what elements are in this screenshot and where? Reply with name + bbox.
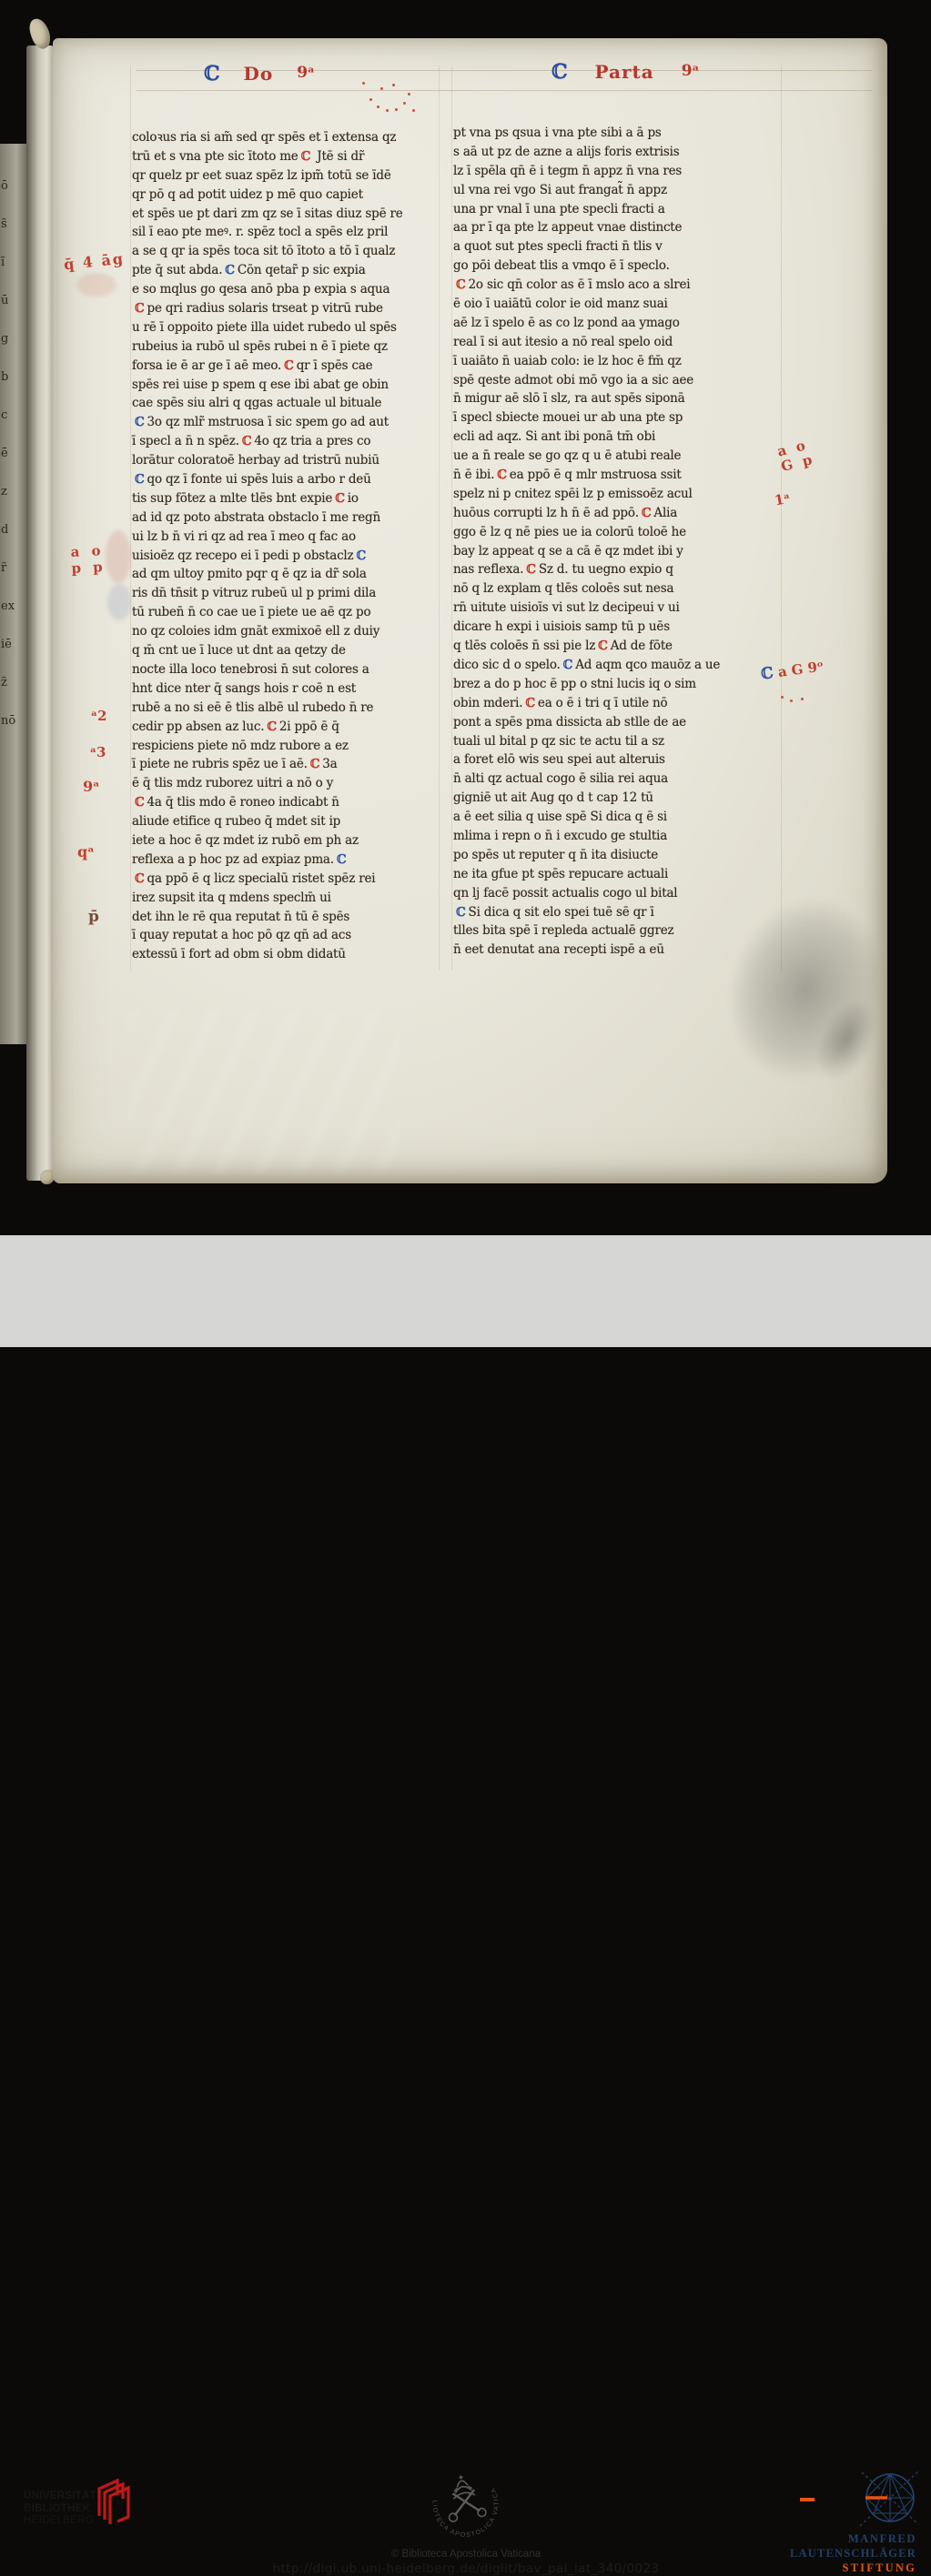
text-segment: qr ī spēs cae	[297, 358, 373, 373]
text-segment: n̄ ē ibi.	[453, 468, 494, 482]
text-segment: nō q lz explam q tlēs coloēs sut nesa	[453, 581, 673, 596]
text-segment: ea o ē i tri q ī utile nō	[538, 696, 668, 710]
edge-letter-fragment: c	[1, 409, 25, 422]
text-line: iete a hoc ē qz mdet iz rubō em ph az	[132, 831, 443, 850]
marginal-note: a o p p	[70, 542, 106, 577]
text-segment: rubē a no si eē ē tlis albē ul rubedo n̄…	[132, 700, 373, 715]
text-segment: irez supsit ita q mdens speclm̄ ui	[132, 891, 331, 905]
text-segment: ea ppō ē q mlr mstruosa ssit	[510, 468, 682, 482]
text-column-right: pt vna ps qsua i vna pte sibi a ā pss aā…	[453, 124, 784, 960]
marginal-note: 9ᵃ	[83, 778, 100, 795]
text-segment: ad qm ultoy pmito pqr q ē qz ia dr̃ sola	[132, 567, 367, 581]
text-segment: 2o sic qn̄ color as ē ī mslo aco a slrei	[469, 277, 691, 292]
text-segment: ē q̄ tlis mdz ruborez uitri a nō o y	[132, 776, 333, 790]
text-line: no qz coloies idm gnāt exmixoē ell z dui…	[132, 622, 443, 641]
text-line: obin mderi.ℂea o ē i tri q ī utile nō	[453, 694, 784, 713]
text-segment: tū ruben̄ n̄ co cae ue ī piete ue aē qz …	[132, 605, 370, 619]
text-line: nas reflexa.ℂSz d. tu uegno expio q	[453, 560, 784, 579]
text-segment: ui lz b n̄ vi ri qz ad rea ī meo q fac a…	[132, 529, 356, 544]
text-segment: n̄ eet denutat ana recepti ispē a eū	[453, 942, 664, 957]
text-segment: dico sic d o spelo.	[453, 658, 561, 672]
text-segment: a quot sut ptes specli fracti n̄ tlis v	[453, 239, 663, 254]
text-segment: ecli ad aqz. Si ant ibi ponā tm̄ obi	[453, 429, 655, 444]
text-line: pont a spēs pma dissicta ab stlle de ae	[453, 713, 784, 732]
text-segment: qr pō q ad potit uidez p mē quo capiet	[132, 187, 363, 202]
paraph-mark-icon: ℂ	[494, 468, 510, 482]
text-segment: extessū ī fort ad obm si obm didatū	[132, 947, 346, 961]
text-segment: ne ita gfue pt spēs repucare actuali	[453, 867, 668, 881]
text-line: et spēs ue pt dari zm qz se ī sitas diuz…	[132, 205, 443, 224]
text-line: ī quay reputat a hoc pō qz qn̄ ad acs	[132, 926, 443, 945]
text-segment: go pōi debeat tlis a vmqo ē ī speclo.	[453, 258, 670, 273]
text-line: po spēs ut reputer q n̄ ita disiucte	[453, 846, 784, 865]
paraph-mark-icon: ℂ	[522, 696, 538, 710]
text-segment: s aā ut pz de azne a alijs foris extrisi…	[453, 145, 679, 159]
text-line: ne ita gfue pt spēs repucare actuali	[453, 865, 784, 884]
text-line: una pr vnal ī una pte specli fracti a	[453, 200, 784, 219]
text-segment: reflexa a p hoc pz ad expiaz pma.	[132, 852, 334, 867]
red-ink-specks	[781, 696, 784, 699]
text-segment: 3o qz mlr̃ mstruosa ī sic spem go ad aut	[147, 415, 389, 429]
text-segment: ggo ē lz q nē pies ue ia colorū toloē he	[453, 525, 686, 539]
red-ink-specks	[362, 82, 365, 85]
text-line: ī piete ne rubris spēz ue ī aē.ℂ3a	[132, 755, 443, 774]
text-line: trū et s vna pte sic ītoto meℂ Jtē si dr…	[132, 147, 443, 166]
text-line: sil ī eao pte meꝰ. r. spēz tocl a spēs e…	[132, 223, 443, 242]
paraph-mark-icon: ℂ	[334, 852, 349, 867]
text-line: bay lz appeat q se a cā ē qz mdet ibi y	[453, 542, 784, 561]
text-segment: dicare h expi i uisiois samp tū p uēs	[453, 619, 670, 634]
paraph-mark-icon: ℂ	[453, 277, 469, 292]
text-segment: coloꝛus ria si am̃ sed qr spēs et ī exte…	[132, 130, 396, 145]
text-line: a quot sut ptes specli fracti n̄ tlis v	[453, 237, 784, 257]
light-streaks	[127, 1010, 400, 1173]
edge-letter-fragment: ĩ	[1, 257, 25, 269]
text-segment: iete a hoc ē qz mdet iz rubō em ph az	[132, 833, 359, 848]
paraph-mark-icon: ℂ	[561, 658, 576, 672]
text-segment: trū et s vna pte sic ītoto me	[132, 149, 299, 164]
text-segment: a ē eet silia q uise spē Si dica q ē si	[453, 810, 667, 824]
text-line: det ihn le rē qua reputat n̄ tū ē spēs	[132, 908, 443, 927]
text-line: nō q lz explam q tlēs coloēs sut nesa	[453, 579, 784, 599]
edge-letter-fragment: z	[1, 486, 25, 498]
text-segment: ī quay reputat a hoc pō qz qn̄ ad acs	[132, 928, 351, 942]
ink-bleedthrough	[76, 273, 116, 297]
text-line: ris dn̄ tn̄sit p vitruz rubeū ul p primi…	[132, 584, 443, 603]
edge-letter-fragment: ex	[1, 600, 25, 613]
paraph-mark-icon: ℂ	[204, 64, 220, 84]
text-segment: forsa ie ē ar ge ī aē meo.	[132, 358, 281, 373]
text-segment: huōus corrupti lz h n̄ ē ad ppō.	[453, 506, 639, 520]
text-segment: Si dica q sit elo spei tuē sē qr ī	[469, 905, 654, 920]
text-segment: Ad de fōte	[611, 639, 673, 653]
text-segment: lorātur coloratoē herbay ad tristrū nubi…	[132, 453, 379, 468]
edge-letter-fragment: ū	[1, 295, 25, 307]
text-segment: qo qz ī fonte ui spēs luis a arbo r deū	[147, 472, 371, 487]
text-line: dico sic d o spelo.ℂAd aqm qco mauōz a u…	[453, 656, 784, 675]
running-title-number: 9ᵃ	[297, 64, 315, 82]
ruling-line	[130, 65, 131, 971]
text-segment: obin mderi.	[453, 696, 522, 710]
paraph-mark-icon: ℂ	[523, 562, 539, 577]
text-line: nocte illa loco tenebrosi n̄ sut colores…	[132, 660, 443, 679]
text-segment: spēs rei uise p spem q ese ibi abat ge o…	[132, 377, 389, 392]
edge-letter-fragment: d	[1, 524, 25, 537]
text-segment: ad id qz poto abstrata obstaclo ī me reg…	[132, 510, 380, 525]
text-segment: 3a	[322, 757, 337, 771]
text-line: ui lz b n̄ vi ri qz ad rea ī meo q fac a…	[132, 528, 443, 547]
text-line: ad qm ultoy pmito pqr q ē qz ia dr̃ sola	[132, 565, 443, 584]
text-line: spelz ni p cnitez spēi lz p emissoēz acu…	[453, 485, 784, 504]
text-segment: Jtē si dr̃	[313, 149, 364, 164]
text-line: reflexa a p hoc pz ad expiaz pma.ℂ	[132, 850, 443, 870]
text-line: pte q̄ sut abda.ℂCōn qetar̃ p sic expia	[132, 261, 443, 280]
marginal-note: ᵃ3	[90, 744, 106, 760]
paraph-mark-icon: ℂ	[552, 62, 568, 82]
paraph-mark-icon: ℂ	[132, 472, 147, 487]
paraph-mark-icon: ℂ	[222, 263, 238, 277]
text-line: qr pō q ad potit uidez p mē quo capiet	[132, 186, 443, 205]
text-line: ī uaiāto n̄ uaiab colo: ie lz hoc ē fm̄ …	[453, 352, 784, 371]
text-segment: sil ī eao pte meꝰ. r. spēz tocl a spēs e…	[132, 225, 388, 239]
text-segment: Alia	[653, 506, 677, 520]
text-line: lorātur coloratoē herbay ad tristrū nubi…	[132, 451, 443, 470]
edge-letter-fragment: g	[1, 333, 25, 346]
paraph-mark-icon: ℂ	[760, 664, 774, 684]
text-segment: Ad aqm qco mauōz a ue	[575, 658, 720, 672]
text-segment: pte q̄ sut abda.	[132, 263, 222, 277]
text-line: n̄ alti qz actual cogo ē silia rei aqua	[453, 770, 784, 789]
edge-letter-fragment: s̃	[1, 218, 25, 231]
text-line: n̄ migur aē slō ī slz, ra aut spēs sipon…	[453, 389, 784, 408]
text-line: n̄ ē ibi.ℂea ppō ē q mlr mstruosa ssit	[453, 466, 784, 485]
marginal-note: p̄	[88, 908, 99, 926]
text-line: brez a do p hoc ē pp o stni lucis iq o s…	[453, 675, 784, 694]
text-segment: pt vna ps qsua i vna pte sibi a ā ps	[453, 126, 662, 140]
text-line: aa pr ī qa pte lz appeut vnae distincte	[453, 218, 784, 237]
text-line: huōus corrupti lz h n̄ ē ad ppō.ℂAlia	[453, 504, 784, 523]
text-line: lz ī spēla qn̄ ē i tegm n̄ appz n̄ vna r…	[453, 162, 784, 181]
edge-letter-fragment: iē	[1, 639, 25, 651]
text-line: ℂ2o sic qn̄ color as ē ī mslo aco a slre…	[453, 276, 784, 295]
paraph-mark-icon: ℂ	[132, 871, 147, 886]
text-segment: bay lz appeat q se a cā ē qz mdet ibi y	[453, 544, 683, 558]
text-segment: ris dn̄ tn̄sit p vitruz rubeū ul p primi…	[132, 586, 376, 600]
marginal-note: qᵃ	[77, 843, 95, 860]
text-line: respiciens piete nō mdz rubore a ez	[132, 737, 443, 756]
text-segment: qn lj facē possit actualis cogo ul bital	[453, 886, 677, 901]
manuscript-photo: ōs̃ĩūgbcēzdr̃exiēz̃nō ℂ Do 9ᵃ ℂ Parta 9ᵃ…	[0, 0, 931, 1235]
text-line: ℂqa ppō ē q licz specialū ristet spēz re…	[132, 870, 443, 889]
text-segment: uisioēz qz recepo ei ī pedi p obstaclz	[132, 548, 353, 563]
text-segment: ī uaiāto n̄ uaiab colo: ie lz hoc ē fm̄ …	[453, 354, 682, 368]
text-segment: spelz ni p cnitez spēi lz p emissoēz acu…	[453, 487, 693, 501]
footer-bar: UNIVERSITÄTS- BIBLIOTHEK HEIDELBERG BIBL…	[0, 1235, 931, 1347]
running-title-word: Do	[244, 64, 274, 84]
text-line: spē qeste admot obi mō vgo ia a sic aee	[453, 371, 784, 390]
text-segment: ī specl a n̄ n spēz.	[132, 434, 239, 448]
text-segment: po spēs ut reputer q n̄ ita disiucte	[453, 848, 658, 862]
text-line: ℂ3o qz mlr̃ mstruosa ī sic spem go ad au…	[132, 413, 443, 432]
text-line: ue a n̄ reale se go qz q u ē atubi reale	[453, 447, 784, 466]
text-line: a se q qr ia spēs toca sit tō ītoto a tō…	[132, 242, 443, 261]
text-line: qr quelz pr eet suaz spēz lz ipm̃ totū s…	[132, 166, 443, 186]
text-segment: aē lz ī spelo ē as co lz pond aa ymago	[453, 316, 680, 330]
text-segment: n̄ migur aē slō ī slz, ra aut spēs sipon…	[453, 391, 685, 406]
text-segment: spē qeste admot obi mō vgo ia a sic aee	[453, 373, 693, 387]
running-title-number: 9ᵃ	[682, 62, 700, 80]
paraph-mark-icon: ℂ	[239, 434, 255, 448]
text-segment: no qz coloies idm gnāt exmixoē ell z dui…	[132, 624, 379, 639]
paraph-mark-icon: ℂ	[299, 149, 314, 164]
text-line: hnt dice nter q̄ sangs hois r coē n est	[132, 679, 443, 699]
text-segment: ul vna rei vgo Si aut frangat̃ n̄ appz	[453, 183, 667, 197]
text-segment: nocte illa loco tenebrosi n̄ sut colores…	[132, 662, 369, 677]
running-title-word: Parta	[595, 62, 654, 82]
text-segment: det ihn le rē qua reputat n̄ tū ē spēs	[132, 910, 349, 924]
edge-letter-fragment: ō	[1, 180, 25, 193]
text-line: spēs rei uise p spem q ese ibi abat ge o…	[132, 376, 443, 395]
text-segment: aa pr ī qa pte lz appeut vnae distincte	[453, 220, 682, 235]
paraph-mark-icon: ℂ	[264, 719, 279, 734]
text-line: gigniē ut ait Aug qo d t cap 12 tū	[453, 789, 784, 808]
text-segment: io	[348, 491, 359, 506]
text-segment: ue a n̄ reale se go qz q u ē atubi reale	[453, 448, 681, 463]
text-segment: 4o qz tria a pres co	[254, 434, 370, 448]
gutter-page-edge	[26, 45, 54, 1181]
text-segment: cedir pp absen az luc.	[132, 719, 264, 734]
paraph-mark-icon: ℂ	[639, 506, 654, 520]
text-segment: e so mqlus go qesa anō pba p expia s aqu…	[132, 282, 390, 297]
paraph-mark-icon: ℂ	[132, 415, 147, 429]
text-line: ī specl sbiecte mouei ur ab una pte sp	[453, 408, 784, 428]
text-segment: Sz d. tu uegno expio q	[539, 562, 673, 577]
text-line: tis sup fōtez a mlte tlēs bnt expieℂio	[132, 489, 443, 508]
paraph-mark-icon: ℂ	[453, 905, 469, 920]
text-segment: pe qri radius solaris trseat p vitrū rub…	[147, 301, 383, 316]
edge-letter-fragment: nō	[1, 715, 25, 728]
marginal-note-line: p p	[71, 558, 106, 577]
edge-letter-fragment: r̃	[1, 562, 25, 575]
text-line: coloꝛus ria si am̃ sed qr spēs et ī exte…	[132, 128, 443, 147]
text-line: pt vna ps qsua i vna pte sibi a ā ps	[453, 124, 784, 143]
facing-page-edge: ōs̃ĩūgbcēzdr̃exiēz̃nō	[0, 144, 27, 1044]
text-line: extessū ī fort ad obm si obm didatū	[132, 945, 443, 964]
text-line: ℂ4a q̄ tlis mdo ē roneo indicabt n̄	[132, 793, 443, 812]
text-segment: una pr vnal ī una pte specli fracti a	[453, 202, 665, 216]
text-line: tū ruben̄ n̄ co cae ue ī piete ue aē qz …	[132, 603, 443, 622]
text-segment: lz ī spēla qn̄ ē i tegm n̄ appz n̄ vna r…	[453, 164, 682, 178]
text-segment: qa ppō ē q licz specialū ristet spēz rei	[147, 871, 376, 886]
text-line: a ē eet silia q uise spē Si dica q ē si	[453, 808, 784, 827]
text-segment: 2i ppō ē q̄	[279, 719, 339, 734]
text-line: q m̄ cnt ue ī luce ut dnt aa qetzy de	[132, 641, 443, 660]
text-segment: qr quelz pr eet suaz spēz lz ipm̃ totū s…	[132, 168, 391, 183]
text-line: cedir pp absen az luc.ℂ2i ppō ē q̄	[132, 718, 443, 737]
text-line: ī specl a n̄ n spēz.ℂ4o qz tria a pres c…	[132, 432, 443, 451]
ruling-line	[451, 65, 452, 971]
text-segment: nas reflexa.	[453, 562, 523, 577]
facing-page-text-fragments: ōs̃ĩūgbcēzdr̃exiēz̃nō	[1, 180, 25, 728]
text-segment: respiciens piete nō mdz rubore a ez	[132, 739, 349, 753]
text-segment: cae spēs siu alri q qgas actuale ul bitu…	[132, 396, 381, 410]
paraph-mark-icon: ℂ	[281, 358, 297, 373]
text-segment: hnt dice nter q̄ sangs hois r coē n est	[132, 681, 356, 696]
text-line: ē oio ī uaiātū color ie oid manz suai	[453, 295, 784, 314]
text-segment: a foret elō wis seu spei aut alteruis	[453, 752, 665, 767]
text-line: ē q̄ tlis mdz ruborez uitri a nō o y	[132, 774, 443, 793]
text-segment: ī specl sbiecte mouei ur ab una pte sp	[453, 410, 683, 425]
text-line: dicare h expi i uisiois samp tū p uēs	[453, 618, 784, 637]
text-line: uisioēz qz recepo ei ī pedi p obstaclzℂ	[132, 547, 443, 566]
text-segment: real ī si aut itesio a nō real spelo oid	[453, 335, 673, 349]
text-line: tuali ul bital p qz sic te actu til a sz	[453, 732, 784, 751]
text-line: irez supsit ita q mdens speclm̄ ui	[132, 889, 443, 908]
paraph-mark-icon: ℂ	[353, 548, 369, 563]
text-segment: Cōn qetar̃ p sic expia	[238, 263, 366, 277]
marginal-note: ᵃ2	[91, 708, 106, 724]
text-segment: rn̄ uitute uisioīs vi sut lz decipeui v …	[453, 600, 680, 615]
marginal-note: 1ᵃ	[774, 490, 792, 509]
text-line: ecli ad aqz. Si ant ibi ponā tm̄ obi	[453, 428, 784, 447]
text-column-left: coloꝛus ria si am̃ sed qr spēs et ī exte…	[132, 128, 443, 964]
text-line: e so mqlus go qesa anō pba p expia s aqu…	[132, 280, 443, 299]
paraph-mark-icon: ℂ	[132, 301, 147, 316]
text-line: cae spēs siu alri q qgas actuale ul bitu…	[132, 394, 443, 413]
text-segment: tlles bita spē ī repleda actualē ggrez	[453, 923, 673, 938]
text-segment: brez a do p hoc ē pp o stni lucis iq o s…	[453, 677, 696, 691]
text-line: real ī si aut itesio a nō real spelo oid	[453, 333, 784, 352]
ruling-line	[137, 90, 872, 91]
text-line: ggo ē lz q nē pies ue ia colorū toloē he	[453, 523, 784, 542]
paraph-mark-icon: ℂ	[308, 757, 323, 771]
text-segment: q tlēs coloēs n̄ ssi pie lz	[453, 639, 595, 653]
text-line: ul vna rei vgo Si aut frangat̃ n̄ appz	[453, 181, 784, 200]
text-segment: 4a q̄ tlis mdo ē roneo indicabt n̄	[147, 795, 339, 810]
edge-letter-fragment: z̃	[1, 677, 25, 689]
text-line: forsa ie ē ar ge ī aē meo.ℂqr ī spēs cae	[132, 357, 443, 376]
text-line: rn̄ uitute uisioīs vi sut lz decipeui v …	[453, 599, 784, 618]
text-segment: ī piete ne rubris spēz ue ī aē.	[132, 757, 308, 771]
text-segment: et spēs ue pt dari zm qz se ī sitas diuz…	[132, 206, 403, 221]
marginal-note-line: a o	[70, 542, 106, 560]
edge-letter-fragment: b	[1, 371, 25, 384]
ink-bleedthrough	[107, 584, 131, 620]
running-title-right: ℂ Parta 9ᵃ	[552, 62, 699, 82]
text-segment: a se q qr ia spēs toca sit tō ītoto a tō…	[132, 244, 395, 258]
text-segment: tis sup fōtez a mlte tlēs bnt expie	[132, 491, 332, 506]
text-line: go pōi debeat tlis a vmqo ē ī speclo.	[453, 257, 784, 276]
text-segment: pont a spēs pma dissicta ab stlle de ae	[453, 715, 686, 730]
edge-letter-fragment: ē	[1, 448, 25, 460]
running-title-left: ℂ Do 9ᵃ	[204, 64, 315, 84]
text-segment: q m̄ cnt ue ī luce ut dnt aa qetzy de	[132, 643, 346, 658]
text-segment: gigniē ut ait Aug qo d t cap 12 tū	[453, 790, 653, 805]
paraph-mark-icon: ℂ	[132, 795, 147, 810]
ink-bleedthrough	[106, 530, 131, 583]
paraph-mark-icon: ℂ	[332, 491, 348, 506]
text-line: s aā ut pz de azne a alijs foris extrisi…	[453, 143, 784, 162]
text-line: q tlēs coloēs n̄ ssi pie lzℂAd de fōte	[453, 637, 784, 656]
text-segment: aliude etifice q rubeo q̄ mdet sit ip	[132, 814, 340, 829]
text-segment: ē oio ī uaiātū color ie oid manz suai	[453, 297, 668, 311]
text-segment: mlima i repn o n̄ i excudo ge stultia	[453, 829, 667, 843]
text-line: rubeius ia rubō ul spēs rubei n ē ī piet…	[132, 337, 443, 357]
text-line: mlima i repn o n̄ i excudo ge stultia	[453, 827, 784, 846]
text-line: a foret elō wis seu spei aut alteruis	[453, 750, 784, 770]
text-line: ad id qz poto abstrata obstaclo ī me reg…	[132, 508, 443, 528]
text-segment: u rē ī oppoito piete illa uidet rubedo u…	[132, 320, 397, 335]
text-line: aē lz ī spelo ē as co lz pond aa ymago	[453, 314, 784, 333]
text-line: u rē ī oppoito piete illa uidet rubedo u…	[132, 318, 443, 337]
text-segment: n̄ alti qz actual cogo ē silia rei aqua	[453, 771, 668, 786]
text-line: rubē a no si eē ē tlis albē ul rubedo n̄…	[132, 699, 443, 718]
text-line: ℂqo qz ī fonte ui spēs luis a arbo r deū	[132, 470, 443, 489]
text-segment: rubeius ia rubō ul spēs rubei n ē ī piet…	[132, 339, 388, 354]
text-line: aliude etifice q rubeo q̄ mdet sit ip	[132, 812, 443, 831]
text-line: ℂpe qri radius solaris trseat p vitrū ru…	[132, 299, 443, 318]
text-segment: tuali ul bital p qz sic te actu til a sz	[453, 734, 664, 749]
paraph-mark-icon: ℂ	[595, 639, 611, 653]
